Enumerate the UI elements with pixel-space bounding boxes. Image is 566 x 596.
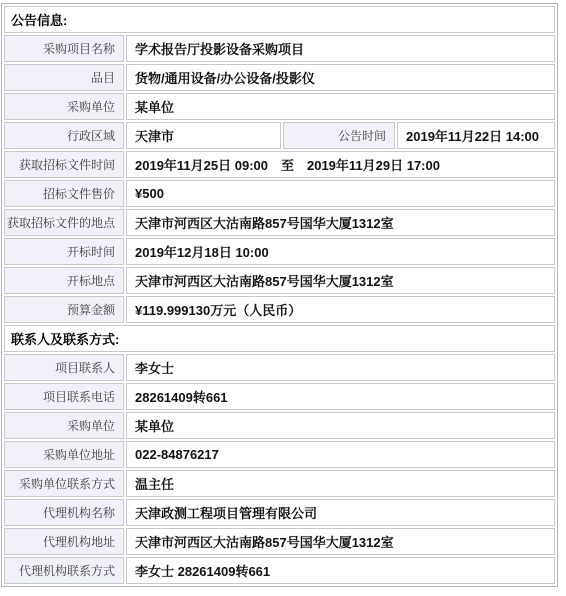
row-value: 2019年12月18日 10:00: [126, 238, 555, 265]
row-label: 项目联系人: [4, 354, 124, 381]
row-value: 天津市河西区大沽南路857号国华大厦1312室: [126, 267, 555, 294]
row-label: 行政区域: [4, 122, 124, 149]
table-row: 代理机构名称天津政测工程项目管理有限公司: [4, 499, 555, 526]
row-value: 学术报告厅投影设备采购项目: [126, 35, 555, 62]
announcement-table: 公告信息:采购项目名称学术报告厅投影设备采购项目品目货物/通用设备/办公设备/投…: [1, 3, 558, 587]
row-value-2: 2019年11月22日 14:00: [397, 122, 555, 149]
row-value: 李女士 28261409转661: [126, 557, 555, 584]
row-label: 采购单位: [4, 412, 124, 439]
table-row: 采购单位地址022-84876217: [4, 441, 555, 468]
table-row: 项目联系人李女士: [4, 354, 555, 381]
table-row: 获取招标文件时间2019年11月25日 09:00 至 2019年11月29日 …: [4, 151, 555, 178]
row-value: 温主任: [126, 470, 555, 497]
table-row: 获取招标文件的地点天津市河西区大沽南路857号国华大厦1312室: [4, 209, 555, 236]
table-row: 代理机构联系方式李女士 28261409转661: [4, 557, 555, 584]
row-value: ¥500: [126, 180, 555, 207]
table-row: 代理机构地址天津市河西区大沽南路857号国华大厦1312室: [4, 528, 555, 555]
row-value: 2019年11月25日 09:00 至 2019年11月29日 17:00: [126, 151, 555, 178]
row-label: 采购单位: [4, 93, 124, 120]
section-header-row: 公告信息:: [4, 6, 555, 33]
table-row: 行政区域天津市公告时间2019年11月22日 14:00: [4, 122, 555, 149]
row-value: 天津政测工程项目管理有限公司: [126, 499, 555, 526]
row-value: 李女士: [126, 354, 555, 381]
row-label: 采购单位地址: [4, 441, 124, 468]
table-row: 品目货物/通用设备/办公设备/投影仪: [4, 64, 555, 91]
row-label: 采购单位联系方式: [4, 470, 124, 497]
table-row: 采购单位联系方式温主任: [4, 470, 555, 497]
row-value: 022-84876217: [126, 441, 555, 468]
row-value: 天津市河西区大沽南路857号国华大厦1312室: [126, 209, 555, 236]
row-value: 货物/通用设备/办公设备/投影仪: [126, 64, 555, 91]
row-label: 品目: [4, 64, 124, 91]
row-value: 天津市河西区大沽南路857号国华大厦1312室: [126, 528, 555, 555]
table-row: 开标时间2019年12月18日 10:00: [4, 238, 555, 265]
row-label-2: 公告时间: [283, 122, 395, 149]
row-value: 天津市: [126, 122, 281, 149]
row-label: 获取招标文件时间: [4, 151, 124, 178]
section-header: 联系人及联系方式:: [4, 325, 555, 352]
row-label: 开标地点: [4, 267, 124, 294]
row-label: 招标文件售价: [4, 180, 124, 207]
row-label: 预算金额: [4, 296, 124, 323]
section-header-row: 联系人及联系方式:: [4, 325, 555, 352]
table-row: 项目联系电话28261409转661: [4, 383, 555, 410]
table-body: 公告信息:采购项目名称学术报告厅投影设备采购项目品目货物/通用设备/办公设备/投…: [4, 6, 555, 584]
section-header: 公告信息:: [4, 6, 555, 33]
row-label: 采购项目名称: [4, 35, 124, 62]
row-value: 某单位: [126, 412, 555, 439]
row-value: 某单位: [126, 93, 555, 120]
row-label: 获取招标文件的地点: [4, 209, 124, 236]
row-value: ¥119.999130万元（人民币）: [126, 296, 555, 323]
table-row: 预算金额¥119.999130万元（人民币）: [4, 296, 555, 323]
table-row: 采购项目名称学术报告厅投影设备采购项目: [4, 35, 555, 62]
row-label: 代理机构名称: [4, 499, 124, 526]
row-value: 28261409转661: [126, 383, 555, 410]
table-row: 采购单位某单位: [4, 412, 555, 439]
row-label: 代理机构地址: [4, 528, 124, 555]
row-label: 代理机构联系方式: [4, 557, 124, 584]
row-label: 开标时间: [4, 238, 124, 265]
table-row: 开标地点天津市河西区大沽南路857号国华大厦1312室: [4, 267, 555, 294]
row-label: 项目联系电话: [4, 383, 124, 410]
table-row: 采购单位某单位: [4, 93, 555, 120]
table-row: 招标文件售价¥500: [4, 180, 555, 207]
